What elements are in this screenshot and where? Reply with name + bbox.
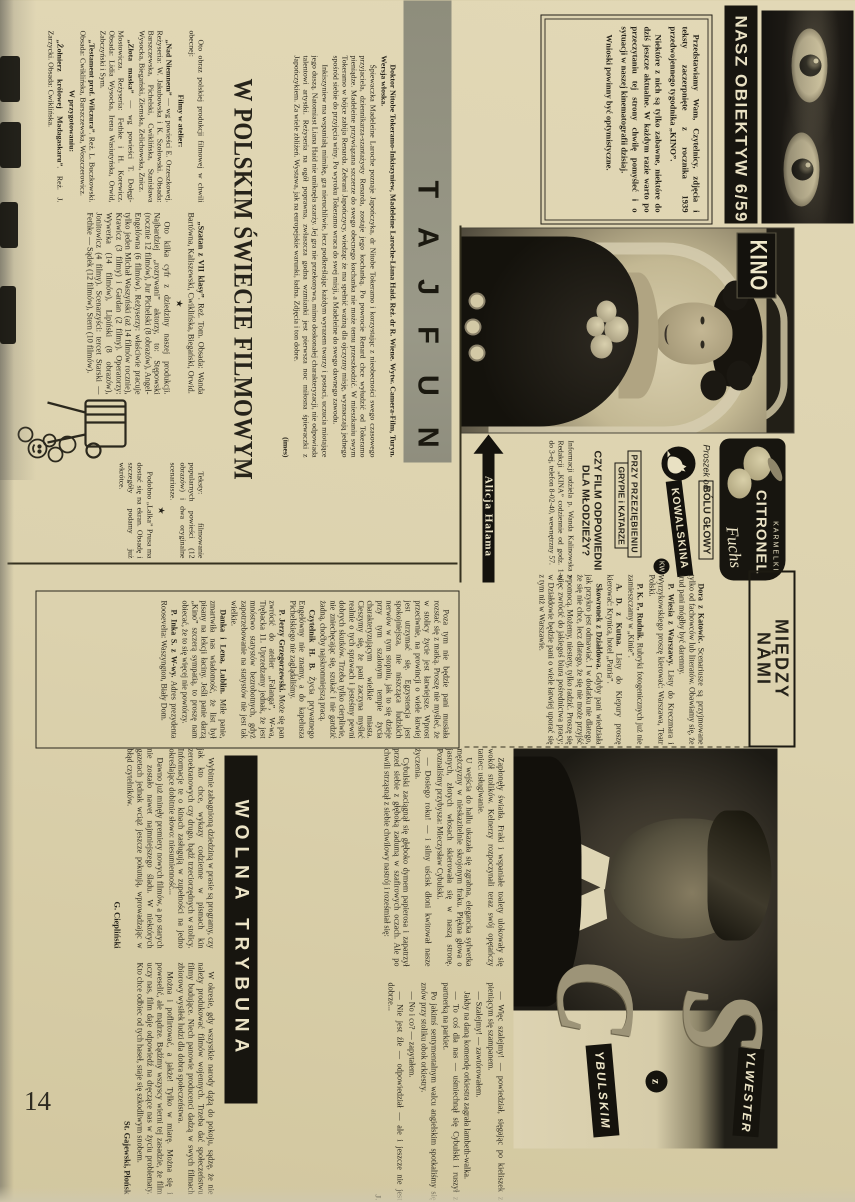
citronel-ad: KARMELKI CITRONEL Fuchs xyxy=(719,438,785,580)
kowalskina-ad: Proszek od BÓLU GŁOWY KOWALSKINA KW PRZY… xyxy=(613,440,713,580)
star-separator: ★ xyxy=(156,462,167,558)
film-intro: Oto obraz polskiej produkcji filmowej w … xyxy=(187,30,205,202)
reply-text: Poza tym nie będzie pani musiała rozstać… xyxy=(318,600,450,738)
wolna-letter-1: Wybitnie zabagnioną dziedziną w prasie s… xyxy=(3,748,215,948)
intro-box: Przedstawiamy Wam, Czytelnicy, zdjęcia i… xyxy=(540,14,712,224)
reader-name: P. Wiesia z Warszawy. xyxy=(666,583,675,665)
notice-headline: CZY FILM ODPOWIEDNI DLA MŁODZIEŻY? xyxy=(579,440,603,580)
scan-bottom-edge xyxy=(0,1186,855,1202)
film-note: Podobno „Lalka” Prusa ma dostać się na e… xyxy=(117,462,154,558)
script-letter-s: S xyxy=(655,988,777,1054)
hair-curl xyxy=(726,360,752,390)
page-number: 14 xyxy=(24,1086,51,1117)
reader-reply: Dora z Katowic. Scenariusze są przyjmowa… xyxy=(677,574,705,744)
film-subhead: Filmy w atelier: xyxy=(175,30,184,202)
reader-reply: A. D. z Kutna. Listy do Kiepury proszę k… xyxy=(605,574,624,744)
letter-paragraph: Dawno już minęły premiery nowych filmów,… xyxy=(124,748,163,948)
tajfun-article: Doktor Nitobe Tokeramo-Inkiszyniew, Made… xyxy=(263,55,397,457)
reply-text: Gdyby pani wiedziała jak przykro jest od… xyxy=(537,574,603,744)
ad-brand: CITRONEL xyxy=(752,489,769,574)
letter-signature: St. Gajewski, Płońsk xyxy=(121,962,131,1194)
tajfun-signature: (imes) xyxy=(281,55,290,457)
reader-reply: P. Inka S. z W-wy. Adres prezydenta Roos… xyxy=(159,600,178,738)
reader-name: Dora z Katowic. xyxy=(696,583,705,643)
ad-kicker: KARMELKI xyxy=(771,521,778,572)
reader-name: Danka i Lena, Lublin. xyxy=(218,609,227,693)
reader-reply: Poza tym nie będzie pani musiała rozstać… xyxy=(318,600,450,738)
tajfun-review: Inkiszyniew ma wspaniałą mimikę, gra nie… xyxy=(292,55,329,457)
frame-dot xyxy=(470,294,483,307)
cover-caption-arrow: Alicja Halama xyxy=(473,434,503,582)
reader-name: P. Inka S. z W-wy. xyxy=(169,609,178,677)
film-world-column-c: Teksty: filmowanie popularnych powieści … xyxy=(55,462,205,558)
eyes-shading xyxy=(761,10,853,223)
film-title: „Złota maska” xyxy=(126,39,135,93)
article-paragraph: — Dosiego roku! — i silny uścisk dłoni k… xyxy=(412,748,432,966)
reader-name: Czytelnik H. B. xyxy=(307,609,316,670)
film-title: „Nad Niemnem” xyxy=(164,39,173,95)
face-smile xyxy=(664,324,674,344)
reader-reply: P. Jerzy Grzegorzewski. Może się pan zwr… xyxy=(229,600,286,738)
film-title: „Żołnierz królowej Madagaskaru” xyxy=(55,39,64,166)
scan-gutter xyxy=(0,0,14,1202)
article-paragraph: — Nie jest źle — odpowiedział — ale i je… xyxy=(385,982,405,1200)
frame-dot xyxy=(470,346,483,359)
intro-paragraph: Przedstawiamy Wam, Czytelnicy, zdjęcia i… xyxy=(667,26,701,212)
letter-signature: G. Ciepliński xyxy=(111,748,121,948)
article-paragraph: — Szalejmy! — zawtórowałem. xyxy=(473,982,483,1200)
kino-cover-photo: KINO xyxy=(460,228,793,432)
intro-paragraph: Niektóre z nich są tylko zabawne, niektó… xyxy=(618,26,663,212)
tajfun-title: TAJFUN xyxy=(403,0,451,462)
gutter-ink-mark xyxy=(0,122,21,168)
reader-reply: P. K. P., Rudnik. Rubryki fotogenicznych… xyxy=(626,574,645,744)
ad-footer-line: PRZY PRZEZIĘBIENIU xyxy=(627,450,641,557)
tajfun-credits: Doktor Nitobe Tokeramo-Inkiszyniew, Made… xyxy=(379,55,397,457)
magazine-page-scan: NASZ OBIEKTYW 6/59 Przedstawiamy Wam, Cz… xyxy=(0,0,855,1202)
ad-signature: Fuchs xyxy=(721,526,745,569)
letter-paragraph: Można i poflirtować, a jakże! Tylko w mi… xyxy=(134,962,173,1194)
hair-curl xyxy=(700,370,726,400)
film-item: „Nad Niemnem” — wg powieści E. Orzeszkow… xyxy=(137,30,174,202)
corsage-flower xyxy=(586,316,604,336)
article-paragraph: U wejścia do hallu ukazała się zgrabna, … xyxy=(434,748,473,966)
face-eye xyxy=(700,340,704,348)
article-paragraph: — To coś dla nas — uśmiechnął się Cybuls… xyxy=(440,982,460,1200)
film-world-title: W POLSKIM ŚWIECIE FILMOWYM xyxy=(227,78,257,480)
film-stats: Oto kilka cyfr z dziedziny naszej produk… xyxy=(84,212,171,394)
section-banner-nasz-obiektyw: NASZ OBIEKTYW 6/59 xyxy=(724,5,757,223)
film-item: „Złota maska” — wg powieści T. Dołęgi-Mo… xyxy=(98,30,135,202)
wolna-trybuna-banner: WOLNA TRYBUNA xyxy=(224,755,257,1103)
film-title: „Testament prof. Wilczura” xyxy=(87,39,96,132)
lemon-art xyxy=(727,468,751,498)
reader-name: P. K. P., Rudnik. xyxy=(635,583,644,640)
gutter-ink-mark xyxy=(0,286,16,344)
star-separator: ★ xyxy=(173,212,184,394)
heading-line: NAMI xyxy=(753,572,771,745)
article-signature: J. xyxy=(372,982,382,1200)
reader-name: Skowronek z Działdowa. xyxy=(594,583,603,669)
heading-line: MIĘDZY xyxy=(772,572,790,745)
miedzy-nami-boxed-column: Poza tym nie będzie pani musiała rozstać… xyxy=(35,590,459,748)
intro-paragraph: Wnioski powinny być optymistyczne. xyxy=(602,26,613,212)
film-item: „Testament prof. Wilczura”. Reż. L. Bucz… xyxy=(78,30,96,202)
divider xyxy=(460,225,462,582)
film-note: Teksty: filmowanie popularnych powieści … xyxy=(168,462,205,558)
notice-body: Informacji udziela p. Wanda Kalinowska w… xyxy=(546,440,574,580)
column-rule-dashed xyxy=(463,746,775,748)
title-box-ylwester: YLWESTER xyxy=(732,1047,764,1137)
gutter-ink-mark xyxy=(0,56,20,102)
reader-reply: Skowronek z Działdowa. Gdyby pani wiedzi… xyxy=(537,574,603,744)
column-rule xyxy=(7,562,457,564)
article-paragraph: Jakby na daną komendę orkiestra zagrała … xyxy=(462,982,472,1200)
article-paragraph: — No i co? — zapytałem. xyxy=(406,982,416,1200)
film-item: „Żołnierz królowej Madagaskaru”. Reż. J.… xyxy=(46,30,64,202)
wolna-letter-2: W okresie, gdy wszystkie narody dążą do … xyxy=(3,962,215,1194)
miedzy-nami-heading: MIĘDZY NAMI xyxy=(748,570,795,747)
kino-logo: KINO xyxy=(737,233,775,297)
hair-art xyxy=(707,810,771,940)
tajfun-synopsis: Śpiewaczka Madeleine Laroche poznaje Jap… xyxy=(331,55,377,457)
article-paragraph: — Więc szalejmy! — powiedział, sięgając … xyxy=(485,982,505,1200)
reader-name: P. Jerzy Grzegorzewski. xyxy=(277,609,286,692)
reader-name: A. D. z Kutna. xyxy=(615,583,624,646)
cover-portrait-background xyxy=(460,228,766,432)
ad-headline: BÓLU GŁOWY xyxy=(698,480,713,559)
gutter-ink-mark xyxy=(0,202,18,248)
frame-dot xyxy=(466,320,479,333)
ad-footer-line: GRYPIE i KATARZE xyxy=(614,462,628,548)
article-paragraph: Zapłonęły światła. Fraki i wspaniałe toa… xyxy=(475,748,505,966)
rooster-badge-icon xyxy=(661,446,695,480)
reader-reply: Danka i Lena, Lublin. Miłe panie, zmartw… xyxy=(180,600,227,738)
script-letter-c: C xyxy=(530,960,659,1035)
reader-reply: Czytelnik H. B. Życia prywatnego Engelów… xyxy=(288,600,316,738)
cybulski-photo: S YLWESTER z C YBULSKIM xyxy=(513,748,777,1148)
reader-reply: P. Wiesia z Warszawy. Listy do Kreczmara… xyxy=(646,574,674,744)
film-subhead: W przygotowaniu: xyxy=(66,30,75,202)
face-eye xyxy=(700,316,704,324)
miedzy-nami-column: Dora z Katowic. Scenariusze są przyjmowa… xyxy=(461,574,705,744)
article-paragraph: Po jakimś sentymentalnym walcu angielski… xyxy=(418,982,438,1200)
title-z-circle: z xyxy=(645,1070,667,1092)
letter-paragraph: W okresie, gdy wszystkie narody dążą do … xyxy=(176,962,215,1194)
eyes-photo xyxy=(761,10,853,223)
czy-film-notice: CZY FILM ODPOWIEDNI DLA MŁODZIEŻY? Infor… xyxy=(519,440,603,580)
corsage-flower xyxy=(590,334,612,358)
film-item: „Szatan z VII klasy”. Reż. Tom. Obsada: … xyxy=(186,212,205,394)
rotated-page: NASZ OBIEKTYW 6/59 Przedstawiamy Wam, Cz… xyxy=(0,0,855,1202)
kw-mark: KW xyxy=(653,558,669,574)
tajfun-title-band: TAJFUN xyxy=(403,0,451,462)
article-paragraph: Cybulski zaciągnął się głęboko dymem pap… xyxy=(381,748,411,966)
sylwester-article: Zapłonęły światła. Fraki i wspaniałe toa… xyxy=(263,748,505,1200)
ad-brand: KOWALSKINA xyxy=(665,479,693,576)
film-title: „Szatan z VII klasy” xyxy=(196,221,205,297)
letter-paragraph: Wybitnie zabagnioną dziedziną w prasie s… xyxy=(166,748,215,948)
